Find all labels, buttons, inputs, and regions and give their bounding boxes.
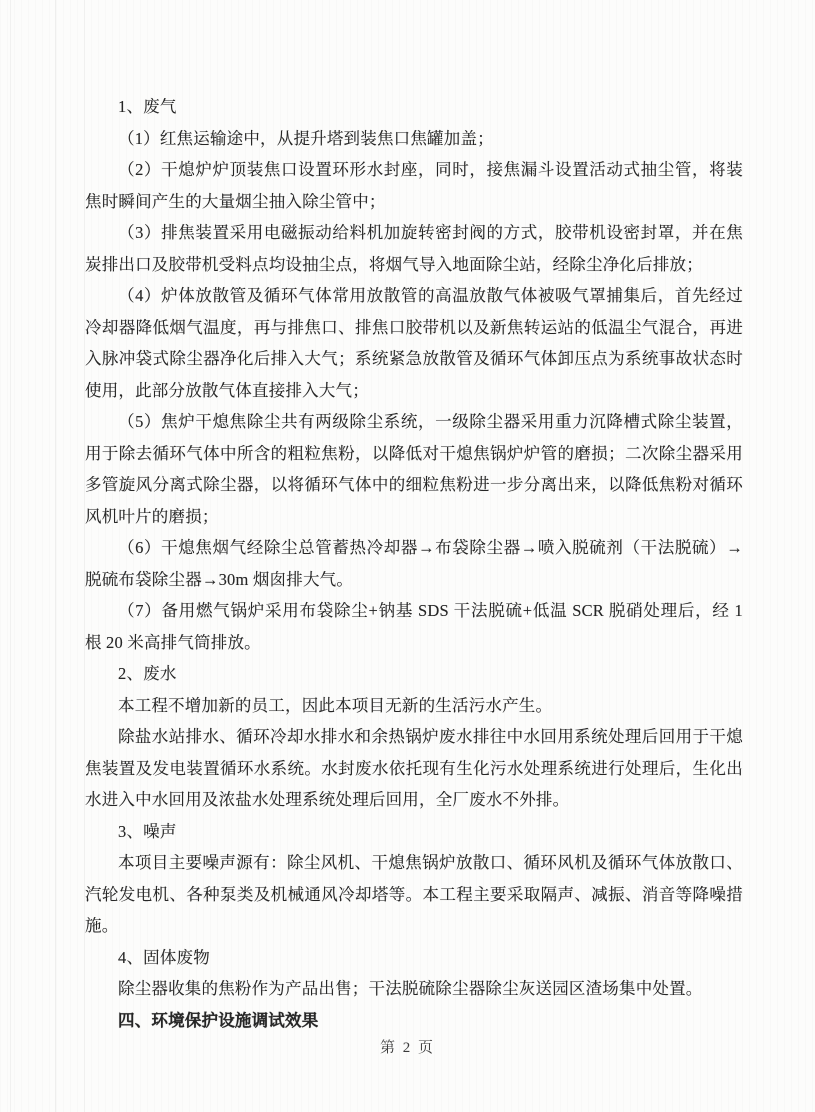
- para-wastewater-2: 除盐水站排水、循环冷却水排水和余热锅炉废水排往中水回用系统处理后回用于干熄焦装置…: [85, 721, 743, 816]
- document-body: 1、废气 （1）红焦运输途中，从提升塔到装焦口焦罐加盖； （2）干熄炉炉顶装焦口…: [85, 91, 743, 1036]
- para-waste-gas-item-2: （2）干熄炉炉顶装焦口设置环形水封座，同时，接焦漏斗设置活动式抽尘管，将装焦时瞬…: [85, 154, 743, 217]
- section-heading-solid-waste: 4、固体废物: [85, 942, 743, 974]
- para-wastewater-1: 本工程不增加新的员工，因此本项目无新的生活污水产生。: [85, 690, 743, 722]
- para-waste-gas-item-5: （5）焦炉干熄焦除尘共有两级除尘系统，一级除尘器采用重力沉降槽式除尘装置，用于除…: [85, 406, 743, 532]
- section-heading-env-protection-facility-debug-effect: 四、环境保护设施调试效果: [85, 1005, 743, 1037]
- section-heading-waste-gas: 1、废气: [85, 91, 743, 123]
- para-waste-gas-item-6: （6）干熄焦烟气经除尘总管蓄热冷却器→布袋除尘器→喷入脱硫剂（干法脱硫）→脱硫布…: [85, 532, 743, 595]
- page-number: 第 2 页: [0, 1036, 815, 1057]
- scanned-document-page: 1、废气 （1）红焦运输途中，从提升塔到装焦口焦罐加盖； （2）干熄炉炉顶装焦口…: [0, 0, 815, 1112]
- para-solid-waste-1: 除尘器收集的焦粉作为产品出售；干法脱硫除尘器除尘灰送园区渣场集中处置。: [85, 973, 743, 1005]
- para-waste-gas-item-3: （3）排焦装置采用电磁振动给料机加旋转密封阀的方式，胶带机设密封罩，并在焦炭排出…: [85, 217, 743, 280]
- para-noise-1: 本项目主要噪声源有：除尘风机、干熄焦锅炉放散口、循环风机及循环气体放散口、汽轮发…: [85, 847, 743, 942]
- para-waste-gas-item-4: （4）炉体放散管及循环气体常用放散管的高温放散气体被吸气罩捕集后，首先经过冷却器…: [85, 280, 743, 406]
- para-waste-gas-item-1: （1）红焦运输途中，从提升塔到装焦口焦罐加盖；: [85, 123, 743, 155]
- section-heading-wastewater: 2、废水: [85, 658, 743, 690]
- scan-artifact-line: [10, 0, 11, 1112]
- para-waste-gas-item-7: （7）备用燃气锅炉采用布袋除尘+钠基 SDS 干法脱硫+低温 SCR 脱硝处理后…: [85, 595, 743, 658]
- scan-artifact-line: [55, 0, 56, 1112]
- section-heading-noise: 3、噪声: [85, 816, 743, 848]
